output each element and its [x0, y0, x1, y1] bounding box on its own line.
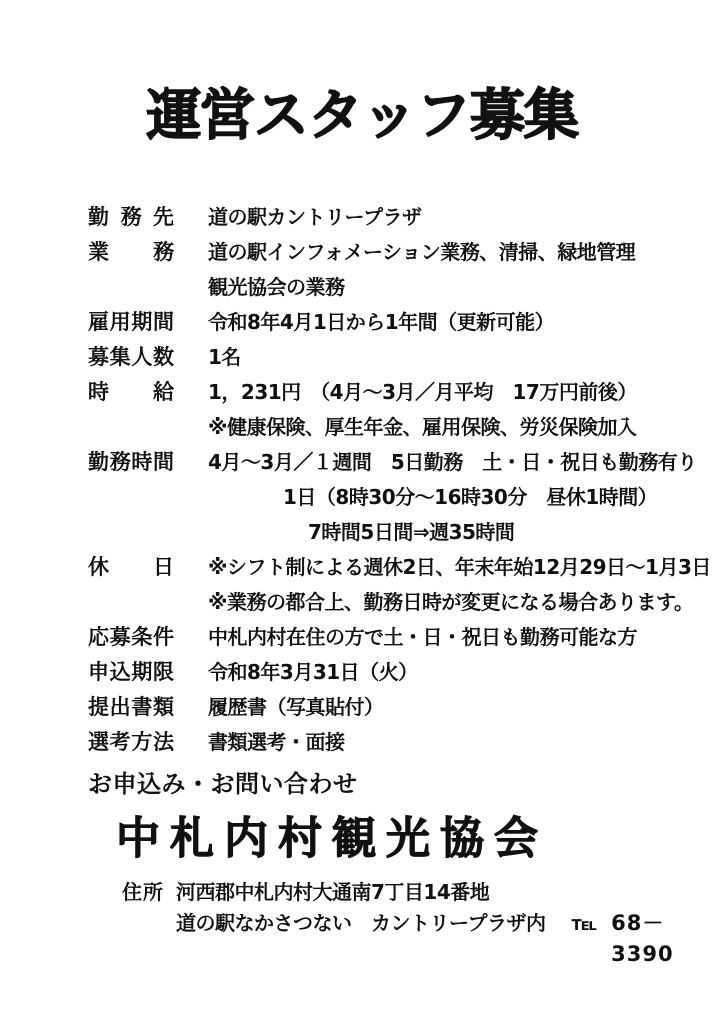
- detail-value-duties-2: 観光協会の業務: [208, 270, 694, 305]
- address-line-2: 道の駅なかさつない カントリープラザ内: [176, 908, 546, 939]
- detail-value-selection: 書類選考・面接: [208, 725, 694, 760]
- detail-label-selection: 選考方法: [88, 725, 174, 760]
- contact-section: お申込み・お問い合わせ 中札内村観光協会 住所 河西郡中札内村大通南7丁目14番…: [0, 770, 724, 970]
- detail-value-workplace: 道の駅カントリープラザ: [208, 200, 694, 235]
- detail-row-holidays: 休日 ※シフト制による週休2日、年末年始12月29日～1月3日 ※業務の都合上、…: [88, 550, 694, 620]
- detail-label-duties: 業務: [88, 235, 174, 270]
- page-title: 運営スタッフ募集: [0, 82, 724, 148]
- detail-value-group: 4月～3月／１週間 5日勤務 土・日・祝日も勤務有り 1日（8時30分～16時3…: [208, 445, 694, 550]
- detail-label-requirements: 応募条件: [88, 620, 174, 655]
- detail-value-group: 令和8年3月31日（火）: [208, 655, 694, 690]
- tel-icon: ℡: [572, 908, 598, 939]
- detail-row-duties: 業務 道の駅インフォメーション業務、清掃、緑地管理 観光協会の業務: [88, 235, 694, 305]
- detail-value-working-hours-1: 4月～3月／１週間 5日勤務 土・日・祝日も勤務有り: [208, 445, 694, 480]
- detail-value-working-hours-2: 1日（8時30分～16時30分 昼休1時間）: [208, 480, 694, 515]
- detail-value-requirements: 中札内村在住の方で土・日・祝日も勤務可能な方: [208, 620, 694, 655]
- detail-value-group: ※シフト制による週休2日、年末年始12月29日～1月3日 ※業務の都合上、勤務日…: [208, 550, 694, 620]
- tel-number: 68－3390: [611, 908, 724, 970]
- detail-value-documents: 履歴書（写真貼付）: [208, 690, 694, 725]
- address-label: 住所: [122, 877, 176, 908]
- detail-value-group: 履歴書（写真貼付）: [208, 690, 694, 725]
- detail-label-holidays: 休日: [88, 550, 174, 585]
- detail-value-openings: 1名: [208, 340, 694, 375]
- detail-value-group: 道の駅カントリープラザ: [208, 200, 694, 235]
- detail-label-deadline: 申込期限: [88, 655, 174, 690]
- detail-value-group: 令和8年4月1日から1年間（更新可能）: [208, 305, 694, 340]
- detail-row-deadline: 申込期限 令和8年3月31日（火）: [88, 655, 694, 690]
- detail-value-insurance-note: ※健康保険、厚生年金、雇用保険、労災保険加入: [208, 410, 694, 445]
- address-row-1: 住所 河西郡中札内村大通南7丁目14番地: [122, 877, 724, 908]
- detail-label-hourly-wage: 時給: [88, 375, 174, 410]
- address-block: 住所 河西郡中札内村大通南7丁目14番地 道の駅なかさつない カントリープラザ内…: [122, 877, 724, 970]
- detail-label-workplace: 勤務先: [88, 200, 174, 235]
- detail-row-hourly-wage: 時給 1，231円 （4月～3月／月平均 17万円前後） ※健康保険、厚生年金、…: [88, 375, 694, 445]
- detail-value-holidays-2: ※業務の都合上、勤務日時が変更になる場合あります。: [208, 585, 694, 620]
- detail-value-employment-period: 令和8年4月1日から1年間（更新可能）: [208, 305, 694, 340]
- detail-row-requirements: 応募条件 中札内村在住の方で土・日・祝日も勤務可能な方: [88, 620, 694, 655]
- detail-value-hourly-wage: 1，231円 （4月～3月／月平均 17万円前後）: [208, 375, 694, 410]
- flyer-page: 運営スタッフ募集 勤務先 道の駅カントリープラザ 業務 道の駅インフォメーション…: [0, 0, 724, 1024]
- detail-row-documents: 提出書類 履歴書（写真貼付）: [88, 690, 694, 725]
- address-line-1: 河西郡中札内村大通南7丁目14番地: [176, 877, 489, 908]
- detail-label-openings: 募集人数: [88, 340, 174, 375]
- detail-row-selection: 選考方法 書類選考・面接: [88, 725, 694, 760]
- detail-row-employment-period: 雇用期間 令和8年4月1日から1年間（更新可能）: [88, 305, 694, 340]
- detail-label-employment-period: 雇用期間: [88, 305, 174, 340]
- detail-value-deadline: 令和8年3月31日（火）: [208, 655, 694, 690]
- job-details-table: 勤務先 道の駅カントリープラザ 業務 道の駅インフォメーション業務、清掃、緑地管…: [88, 200, 694, 760]
- address-row-2: 道の駅なかさつない カントリープラザ内 ℡ 68－3390: [122, 908, 724, 970]
- detail-row-workplace: 勤務先 道の駅カントリープラザ: [88, 200, 694, 235]
- detail-label-documents: 提出書類: [88, 690, 174, 725]
- detail-value-holidays-1: ※シフト制による週休2日、年末年始12月29日～1月3日: [208, 550, 694, 585]
- detail-value-group: 書類選考・面接: [208, 725, 694, 760]
- contact-heading: お申込み・お問い合わせ: [88, 770, 724, 799]
- detail-label-working-hours: 勤務時間: [88, 445, 174, 480]
- detail-value-group: 1名: [208, 340, 694, 375]
- detail-row-working-hours: 勤務時間 4月～3月／１週間 5日勤務 土・日・祝日も勤務有り 1日（8時30分…: [88, 445, 694, 550]
- detail-value-group: 中札内村在住の方で土・日・祝日も勤務可能な方: [208, 620, 694, 655]
- detail-value-working-hours-3: 7時間5日間⇒週35時間: [208, 515, 694, 550]
- detail-value-group: 道の駅インフォメーション業務、清掃、緑地管理 観光協会の業務: [208, 235, 694, 305]
- detail-value-duties-1: 道の駅インフォメーション業務、清掃、緑地管理: [208, 235, 694, 270]
- organization-name: 中札内村観光協会: [116, 815, 724, 863]
- detail-value-group: 1，231円 （4月～3月／月平均 17万円前後） ※健康保険、厚生年金、雇用保…: [208, 375, 694, 445]
- detail-row-openings: 募集人数 1名: [88, 340, 694, 375]
